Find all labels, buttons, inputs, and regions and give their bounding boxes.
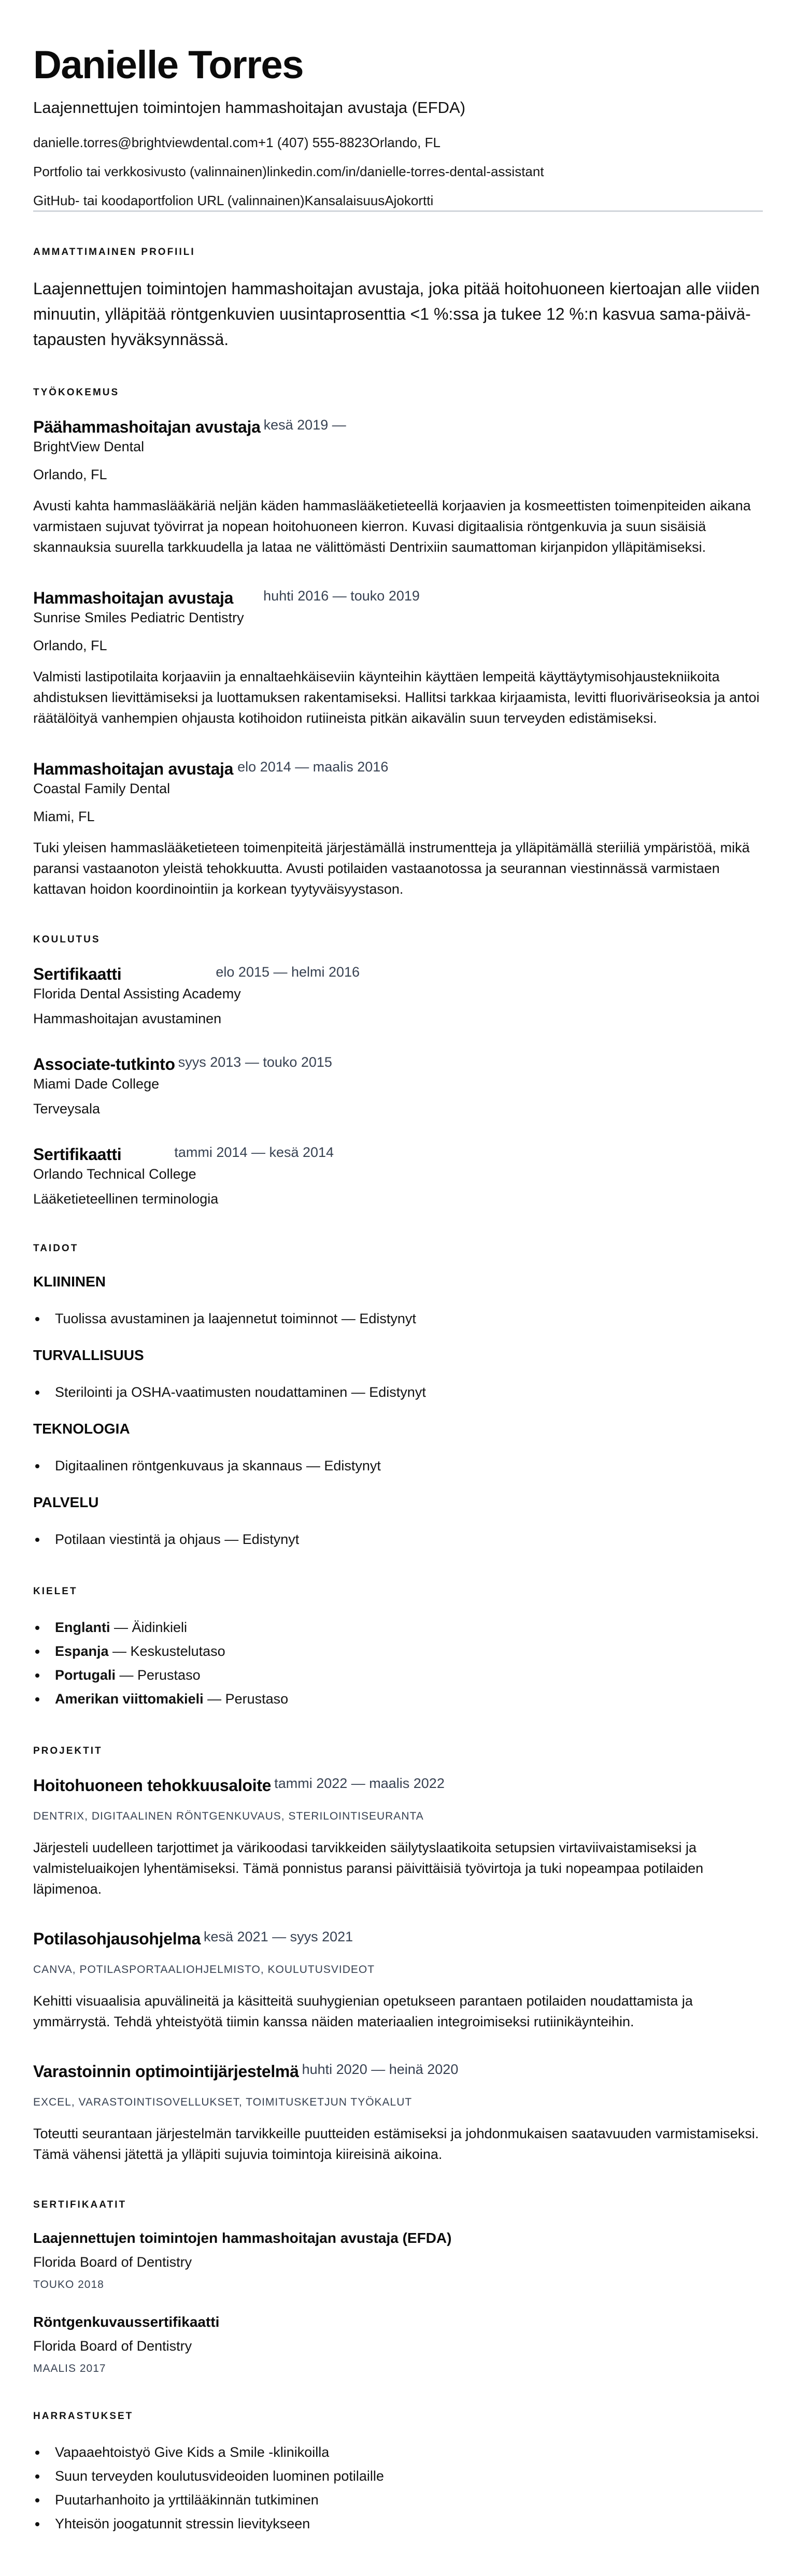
company-name: Coastal Family Dental	[33, 779, 763, 798]
citizenship-label: Kansalaisuus	[305, 193, 385, 208]
field-of-study: Terveysala	[33, 1099, 763, 1118]
job-title: Hammashoitajan avustaja	[33, 759, 233, 779]
certification-date: maalis 2017	[33, 2362, 763, 2376]
skill-group: PALVELU Potilaan viestintä ja ohjaus — E…	[33, 1493, 763, 1551]
skill-group: TEKNOLOGIA Digitaalinen röntgenkuvaus ja…	[33, 1420, 763, 1478]
job-location: Orlando, FL	[33, 636, 763, 655]
education-dates: tammi 2014 — kesä 2014	[174, 1144, 334, 1161]
certification-name: Laajennettujen toimintojen hammashoitaja…	[33, 2229, 763, 2248]
language-level: — Perustaso	[116, 1667, 201, 1683]
candidate-headline: Laajennettujen toimintojen hammashoitaja…	[33, 96, 763, 119]
contact-line-primary: danielle.torres@brightviewdental.com+1 (…	[33, 134, 763, 151]
interest-item: Suun terveyden koulutusvideoiden luomine…	[33, 2464, 763, 2488]
email-link[interactable]: danielle.torres@brightviewdental.com	[33, 135, 258, 150]
skill-category: TURVALLISUUS	[33, 1346, 763, 1365]
linkedin-link[interactable]: linkedin.com/in/danielle-torres-dental-a…	[267, 164, 544, 179]
section-title-education: Koulutus	[33, 934, 763, 946]
project-dates: kesä 2021 — syys 2021	[204, 1928, 353, 1945]
project-title: Varastoinnin optimointijärjestelmä	[33, 2061, 299, 2082]
skill-item: Potilaan viestintä ja ohjaus — Edistynyt	[33, 1527, 763, 1551]
skills-section: Taidot KLIININEN Tuolissa avustaminen ja…	[33, 1242, 763, 1551]
drivers-license-label: Ajokortti	[385, 193, 433, 208]
language-name: Englanti	[55, 1620, 110, 1635]
section-title-certifications: Sertifikaatit	[33, 2199, 763, 2211]
certification-entry: Laajennettujen toimintojen hammashoitaja…	[33, 2229, 763, 2292]
job-title: Päähammashoitajan avustaja	[33, 417, 261, 437]
resume-page: Danielle Torres Laajennettujen toimintoj…	[0, 0, 796, 2567]
languages-section: Kielet Englanti — Äidinkieli Espanja — K…	[33, 1585, 763, 1711]
degree: Associate-tutkinto	[33, 1054, 175, 1075]
skill-category: PALVELU	[33, 1493, 763, 1512]
interest-list: Vapaaehtoistyö Give Kids a Smile -klinik…	[33, 2440, 763, 2536]
field-of-study: Lääketieteellinen terminologia	[33, 1190, 763, 1208]
language-item: Espanja — Keskustelutaso	[33, 1639, 763, 1663]
degree: Sertifikaatti	[33, 964, 121, 984]
github-label: GitHub- tai koodaportfolion URL (valinna…	[33, 193, 305, 208]
section-title-projects: Projektit	[33, 1745, 763, 1757]
job-title: Hammashoitajan avustaja	[33, 588, 233, 608]
project-dates: huhti 2020 — heinä 2020	[302, 2061, 459, 2078]
project-entry: Potilasohjausohjelma kesä 2021 — syys 20…	[33, 1928, 763, 2032]
candidate-name: Danielle Torres	[33, 41, 763, 89]
certification-issuer: Florida Board of Dentistry	[33, 2253, 763, 2271]
language-level: — Äidinkieli	[110, 1620, 188, 1635]
portfolio-label: Portfolio tai verkkosivusto (valinnainen…	[33, 164, 267, 179]
section-title-interests: Harrastukset	[33, 2410, 763, 2423]
project-entry: Varastoinnin optimointijärjestelmä huhti…	[33, 2061, 763, 2165]
company-name: Sunrise Smiles Pediatric Dentistry	[33, 608, 763, 627]
section-title-languages: Kielet	[33, 1585, 763, 1598]
school-name: Miami Dade College	[33, 1075, 763, 1093]
language-name: Amerikan viittomakieli	[55, 1691, 204, 1707]
project-description: Kehitti visuaalisia apuvälineitä ja käsi…	[33, 1991, 763, 2032]
experience-entry: Päähammashoitajan avustaja kesä 2019 — B…	[33, 417, 763, 557]
education-section: Koulutus Sertifikaatti elo 2015 — helmi …	[33, 934, 763, 1208]
certification-issuer: Florida Board of Dentistry	[33, 2337, 763, 2355]
job-dates: huhti 2016 — touko 2019	[263, 588, 420, 604]
projects-section: Projektit Hoitohuoneen tehokkuusaloite t…	[33, 1745, 763, 2165]
interest-item: Yhteisön joogatunnit stressin lievitykse…	[33, 2512, 763, 2536]
certification-date: touko 2018	[33, 2278, 763, 2292]
project-tags: Canva, potilasportaaliohjelmisto, koulut…	[33, 1963, 763, 1977]
job-location: Miami, FL	[33, 807, 763, 826]
experience-entry: Hammashoitajan avustaja huhti 2016 — tou…	[33, 588, 763, 728]
contact-info: danielle.torres@brightviewdental.com+1 (…	[33, 134, 763, 209]
contact-line-extra: GitHub- tai koodaportfolion URL (valinna…	[33, 192, 763, 209]
section-title-profile: Ammattimainen profiili	[33, 246, 763, 259]
job-location: Orlando, FL	[33, 465, 763, 484]
header-divider	[33, 210, 763, 212]
project-tags: Excel, varastointisovellukset, toimitusk…	[33, 2095, 763, 2110]
section-title-experience: Työkokemus	[33, 387, 763, 399]
school-name: Florida Dental Assisting Academy	[33, 984, 763, 1003]
skill-category: KLIININEN	[33, 1272, 763, 1291]
field-of-study: Hammashoitajan avustaminen	[33, 1009, 763, 1028]
language-name: Espanja	[55, 1643, 109, 1659]
job-description: Avusti kahta hammaslääkäriä neljän käden…	[33, 495, 763, 557]
interests-section: Harrastukset Vapaaehtoistyö Give Kids a …	[33, 2410, 763, 2536]
skill-category: TEKNOLOGIA	[33, 1420, 763, 1438]
certification-name: Röntgenkuvaussertifikaatti	[33, 2313, 763, 2331]
skill-group: KLIININEN Tuolissa avustaminen ja laajen…	[33, 1272, 763, 1330]
education-dates: elo 2015 — helmi 2016	[216, 964, 360, 980]
section-title-skills: Taidot	[33, 1242, 763, 1255]
company-name: BrightView Dental	[33, 437, 763, 456]
job-dates: elo 2014 — maalis 2016	[237, 759, 388, 775]
project-title: Hoitohuoneen tehokkuusaloite	[33, 1775, 271, 1796]
certification-entry: Röntgenkuvaussertifikaatti Florida Board…	[33, 2313, 763, 2376]
job-dates: kesä 2019 —	[264, 417, 346, 433]
education-entry: Sertifikaatti elo 2015 — helmi 2016 Flor…	[33, 964, 763, 1028]
language-name: Portugali	[55, 1667, 116, 1683]
language-level: — Perustaso	[204, 1691, 289, 1707]
profile-section: Ammattimainen profiili Laajennettujen to…	[33, 246, 763, 352]
certifications-section: Sertifikaatit Laajennettujen toimintojen…	[33, 2199, 763, 2376]
skill-item: Digitaalinen röntgenkuvaus ja skannaus —…	[33, 1454, 763, 1478]
project-tags: Dentrix, digitaalinen röntgenkuvaus, ste…	[33, 1809, 763, 1824]
interest-item: Vapaaehtoistyö Give Kids a Smile -klinik…	[33, 2440, 763, 2464]
location: Orlando, FL	[369, 135, 440, 150]
school-name: Orlando Technical College	[33, 1165, 763, 1183]
interest-item: Puutarhanhoito ja yrttilääkinnän tutkimi…	[33, 2488, 763, 2512]
skill-item: Tuolissa avustaminen ja laajennetut toim…	[33, 1307, 763, 1330]
contact-line-links: Portfolio tai verkkosivusto (valinnainen…	[33, 163, 763, 180]
resume-header: Danielle Torres Laajennettujen toimintoj…	[33, 41, 763, 212]
language-item: Portugali — Perustaso	[33, 1663, 763, 1687]
language-item: Amerikan viittomakieli — Perustaso	[33, 1687, 763, 1711]
job-description: Tuki yleisen hammaslääketieteen toimenpi…	[33, 837, 763, 899]
project-description: Toteutti seurantaan järjestelmän tarvikk…	[33, 2123, 763, 2165]
education-entry: Sertifikaatti tammi 2014 — kesä 2014 Orl…	[33, 1144, 763, 1208]
skill-item: Sterilointi ja OSHA-vaatimusten noudatta…	[33, 1380, 763, 1404]
language-list: Englanti — Äidinkieli Espanja — Keskuste…	[33, 1615, 763, 1711]
project-title: Potilasohjausohjelma	[33, 1928, 201, 1949]
degree: Sertifikaatti	[33, 1144, 121, 1165]
phone-number[interactable]: +1 (407) 555-8823	[258, 135, 369, 150]
skill-group: TURVALLISUUS Sterilointi ja OSHA-vaatimu…	[33, 1346, 763, 1404]
experience-entry: Hammashoitajan avustaja elo 2014 — maali…	[33, 759, 763, 899]
project-dates: tammi 2022 — maalis 2022	[274, 1775, 445, 1792]
experience-section: Työkokemus Päähammashoitajan avustaja ke…	[33, 387, 763, 899]
language-level: — Keskustelutaso	[109, 1643, 225, 1659]
profile-summary: Laajennettujen toimintojen hammashoitaja…	[33, 276, 763, 352]
language-item: Englanti — Äidinkieli	[33, 1615, 763, 1639]
project-entry: Hoitohuoneen tehokkuusaloite tammi 2022 …	[33, 1775, 763, 1899]
education-dates: syys 2013 — touko 2015	[178, 1054, 332, 1070]
job-description: Valmisti lastipotilaita korjaaviin ja en…	[33, 666, 763, 728]
education-entry: Associate-tutkinto syys 2013 — touko 201…	[33, 1054, 763, 1118]
project-description: Järjesteli uudelleen tarjottimet ja väri…	[33, 1837, 763, 1899]
